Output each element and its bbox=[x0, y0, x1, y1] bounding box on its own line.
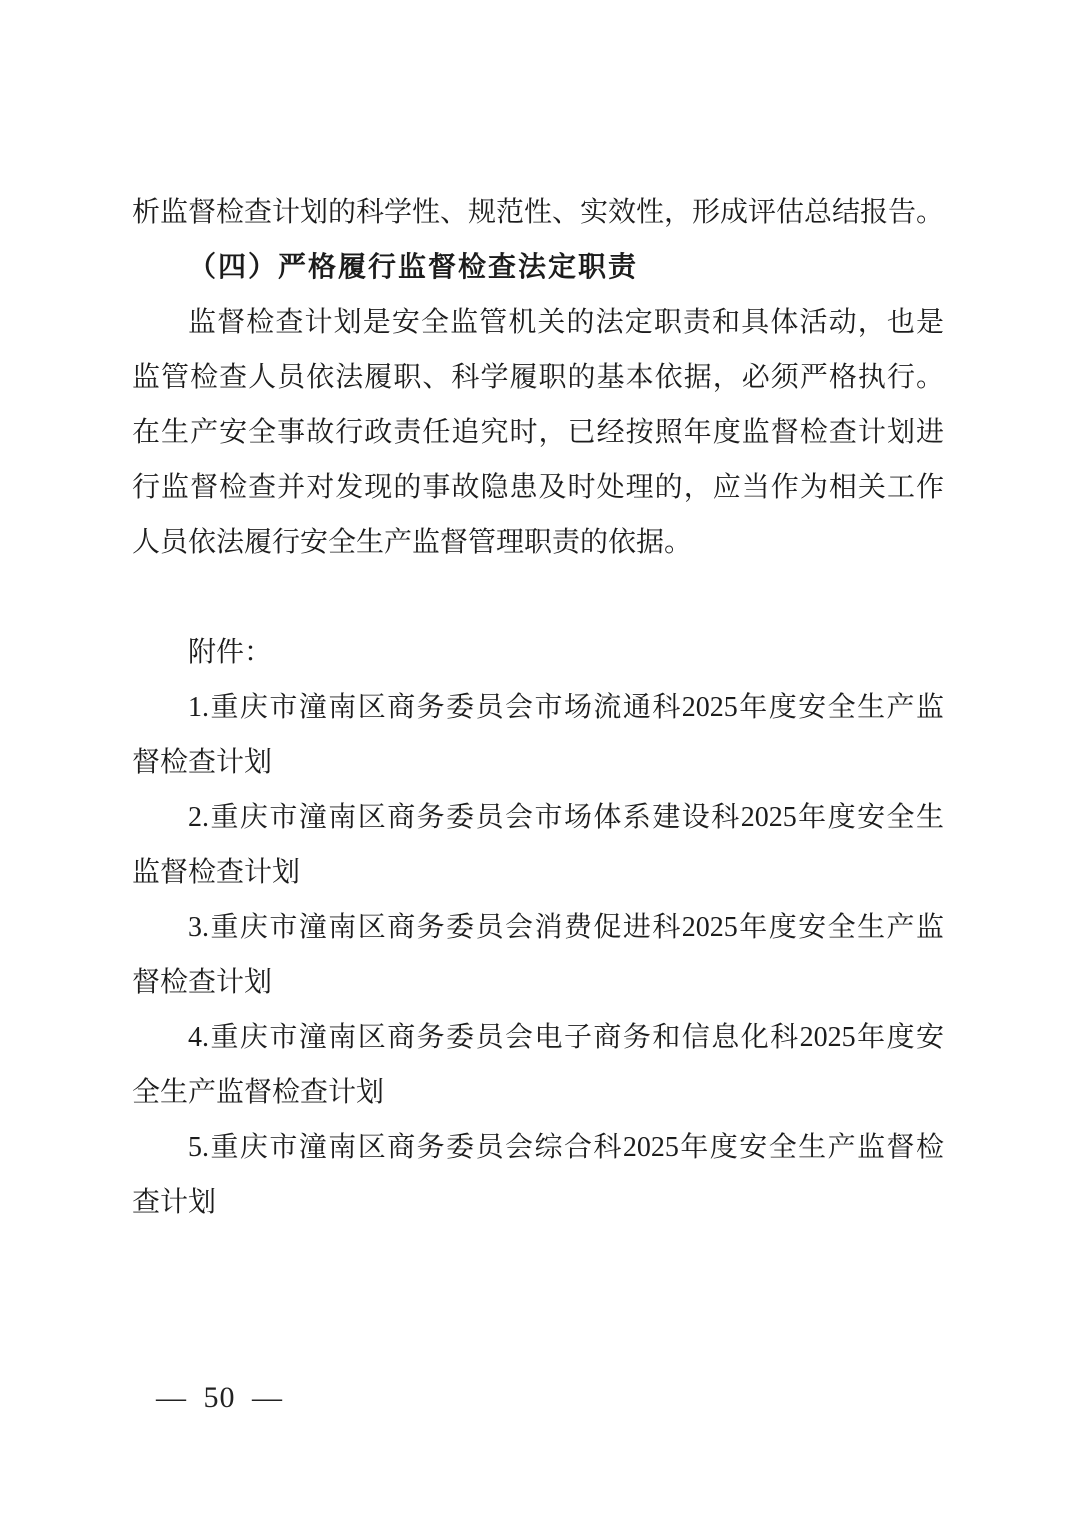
page-number: — 50 — bbox=[156, 1376, 283, 1420]
attachment-item-2-line-2: 监督检查计划 bbox=[132, 845, 944, 900]
document-page: 析监督检查计划的科学性、规范性、实效性，形成评估总结报告。 （四）严格履行监督检… bbox=[0, 0, 1074, 1520]
attachment-item-4-line-1: 4.重庆市潼南区商务委员会电子商务和信息化科2025年度安 bbox=[132, 1010, 944, 1065]
attachment-item-5-line-2: 查计划 bbox=[132, 1175, 944, 1230]
attachment-item-1-line-1: 1.重庆市潼南区商务委员会市场流通科2025年度安全生产监 bbox=[132, 680, 944, 735]
attachments-label: 附件： bbox=[132, 625, 944, 680]
attachment-item-1-line-2: 督检查计划 bbox=[132, 735, 944, 790]
attachment-item-3-line-1: 3.重庆市潼南区商务委员会消费促进科2025年度安全生产监 bbox=[132, 900, 944, 955]
section-heading: （四）严格履行监督检查法定职责 bbox=[132, 240, 944, 295]
attachment-item-5-line-1: 5.重庆市潼南区商务委员会综合科2025年度安全生产监督检 bbox=[132, 1120, 944, 1175]
body-line: 人员依法履行安全生产监督管理职责的依据。 bbox=[132, 515, 944, 570]
attachment-item-2-line-1: 2.重庆市潼南区商务委员会市场体系建设科2025年度安全生 bbox=[132, 790, 944, 845]
body-line: 监管检查人员依法履职、科学履职的基本依据，必须严格执行。 bbox=[132, 350, 944, 405]
attachment-item-3-line-2: 督检查计划 bbox=[132, 955, 944, 1010]
document-body: 析监督检查计划的科学性、规范性、实效性，形成评估总结报告。 （四）严格履行监督检… bbox=[132, 185, 944, 1230]
body-line: 行监督检查并对发现的事故隐患及时处理的，应当作为相关工作 bbox=[132, 460, 944, 515]
body-line: 监督检查计划是安全监管机关的法定职责和具体活动，也是 bbox=[132, 295, 944, 350]
attachment-item-4-line-2: 全生产监督检查计划 bbox=[132, 1065, 944, 1120]
body-line: 在生产安全事故行政责任追究时，已经按照年度监督检查计划进 bbox=[132, 405, 944, 460]
blank-line bbox=[132, 570, 944, 625]
body-line: 析监督检查计划的科学性、规范性、实效性，形成评估总结报告。 bbox=[132, 185, 944, 240]
